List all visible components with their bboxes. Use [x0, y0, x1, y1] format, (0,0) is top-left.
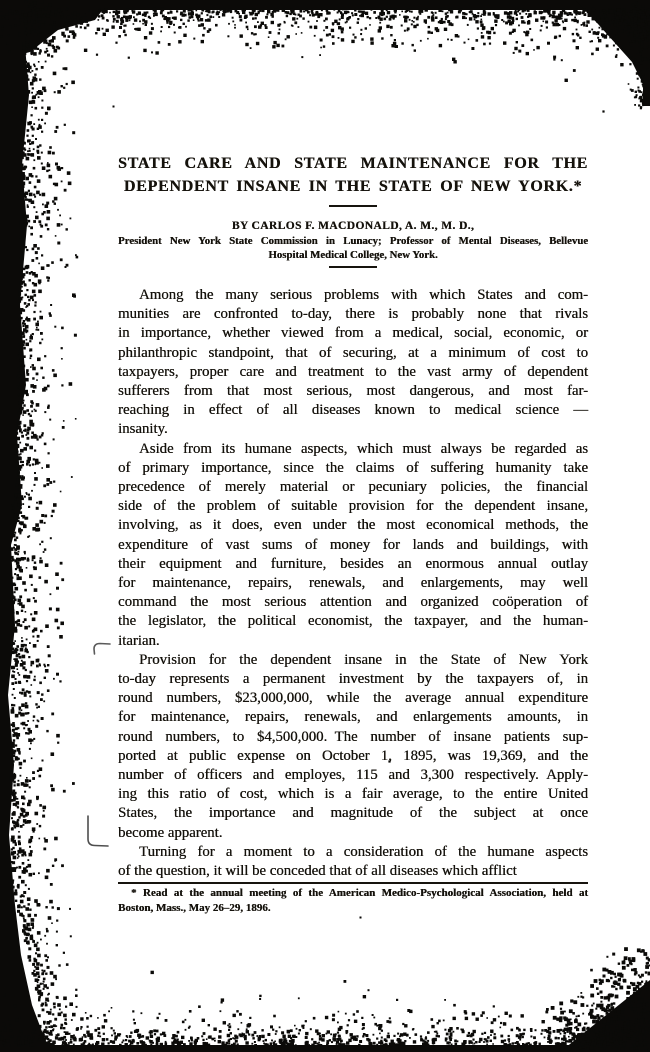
title-line-1: STATE CARE AND STATE MAINTENANCE FOR THE	[118, 152, 588, 175]
text-line: involving, as it does, even under the mo…	[118, 516, 588, 535]
text-line: to-day represents a permanent investment…	[118, 670, 588, 689]
text-line: their equipment and furniture, besides a…	[118, 555, 588, 574]
text-line: expenditure of vast sums of money for la…	[118, 536, 588, 555]
affiliation: President New York State Commission in L…	[118, 235, 588, 262]
text-line: ing this ratio of cost, which is a fair …	[118, 785, 588, 804]
scan-edge-left	[0, 0, 50, 1052]
document-title: STATE CARE AND STATE MAINTENANCE FOR THE…	[118, 152, 588, 198]
text-line: round numbers, $23,000,000, while the av…	[118, 689, 588, 708]
text-line: Boston, Mass., May 26–29, 1896.	[118, 901, 588, 916]
footnote: * Read at the annual meeting of the Amer…	[118, 886, 588, 916]
text-line: in importance, whether viewed from a med…	[118, 324, 588, 343]
text-line: munities are confronted to-day, there is…	[118, 305, 588, 324]
text-line: precedence of merely material or pecunia…	[118, 478, 588, 497]
text-line: number of officers and employes, 115 and…	[118, 766, 588, 785]
byline: BY CARLOS F. MACDONALD, A. M., M. D.,	[118, 219, 588, 233]
text-line: Among the many serious problems with whi…	[118, 286, 588, 305]
scan-noise-specks	[0, 0, 1, 1]
text-line: become apparent.	[118, 824, 588, 843]
affiliation-line-1: President New York State Commission in L…	[118, 235, 588, 249]
scanned-document-page: { "colors": { "ink": "#15120c", "paper":…	[0, 0, 650, 1052]
text-line: for maintenance, repairs, renewals, and …	[118, 708, 588, 727]
article-text: Among the many serious problems with whi…	[118, 286, 588, 881]
text-line: command the most serious attention and o…	[118, 593, 588, 612]
text-line: sufferers from that most serious, most d…	[118, 382, 588, 401]
text-line: the legislator, the political economist,…	[118, 612, 588, 631]
text-line: itarian.	[118, 632, 588, 651]
text-line: of the question, it will be conceded tha…	[118, 862, 588, 881]
page-scan: STATE CARE AND STATE MAINTENANCE FOR THE…	[0, 0, 650, 1052]
text-line: Provision for the dependent insane in th…	[118, 651, 588, 670]
text-line: * Read at the annual meeting of the Amer…	[118, 886, 588, 901]
pencil-mark-open-bracket	[94, 644, 110, 655]
text-line: taxpayers, proper care and treatment to …	[118, 363, 588, 382]
text-line: philanthropic standpoint, that of securi…	[118, 344, 588, 363]
affiliation-line-2: Hospital Medical College, New York.	[118, 249, 588, 263]
text-line: insanity.	[118, 420, 588, 439]
text-line: for maintenance, repairs, renewals, and …	[118, 574, 588, 593]
scan-corner-top-left	[0, 0, 110, 60]
scan-edge-right	[643, 0, 650, 106]
text-line: Aside from its humane aspects, which mus…	[118, 440, 588, 459]
text-line: Turning for a moment to a consideration …	[118, 843, 588, 862]
body-paragraph: Aside from its humane aspects, which mus…	[118, 440, 588, 651]
footnote-divider	[118, 882, 588, 884]
title-divider	[329, 205, 377, 207]
document-body: STATE CARE AND STATE MAINTENANCE FOR THE…	[118, 0, 588, 916]
byline-divider	[329, 266, 377, 268]
body-paragraph: Among the many serious problems with whi…	[118, 286, 588, 440]
text-line: States, the importance and magnitude of …	[118, 804, 588, 823]
text-line: round numbers, to $4,500,000. The number…	[118, 728, 588, 747]
scan-edge-bottom	[0, 1045, 650, 1052]
text-line: of primary importance, since the claims …	[118, 459, 588, 478]
text-line: reaching in effect of all diseases known…	[118, 401, 588, 420]
title-line-2: DEPENDENT INSANE IN THE STATE OF NEW YOR…	[118, 175, 588, 198]
body-paragraph: Turning for a moment to a consideration …	[118, 843, 588, 881]
scan-corner-bottom-right	[560, 980, 650, 1052]
text-line: side of the problem of suitable provisio…	[118, 497, 588, 516]
body-paragraph: Provision for the dependent insane in th…	[118, 651, 588, 843]
pencil-mark-close-bracket	[88, 816, 108, 846]
text-line: ported at public expense on October 1, 1…	[118, 747, 588, 766]
